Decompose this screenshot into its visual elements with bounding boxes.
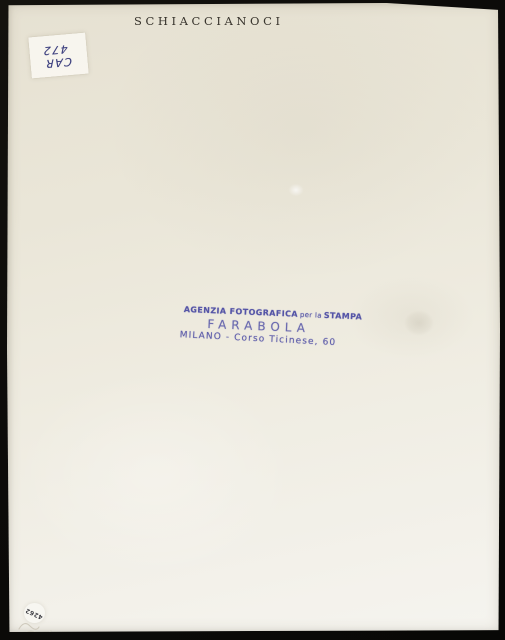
agency-ink-stamp: AGENZIA FOTOGRAFICA per la STAMPA FARABO…: [182, 305, 329, 347]
archive-label-text: CAR 472: [42, 41, 75, 70]
stamp-press-word: STAMPA: [324, 311, 363, 322]
photo-paper-verso: SCHIACCIANOCI CAR 472 AGENZIA FOTOGRAFIC…: [7, 3, 500, 632]
stamp-connector-text: per la: [298, 311, 324, 320]
photo-frame: SCHIACCIANOCI CAR 472 AGENZIA FOTOGRAFIC…: [0, 0, 505, 640]
paper-stain: [399, 306, 439, 340]
pencil-scribble: [15, 613, 73, 640]
paper-speck: [285, 181, 307, 199]
archive-label: CAR 472: [28, 33, 88, 79]
caption-title: SCHIACCIANOCI: [134, 14, 284, 28]
